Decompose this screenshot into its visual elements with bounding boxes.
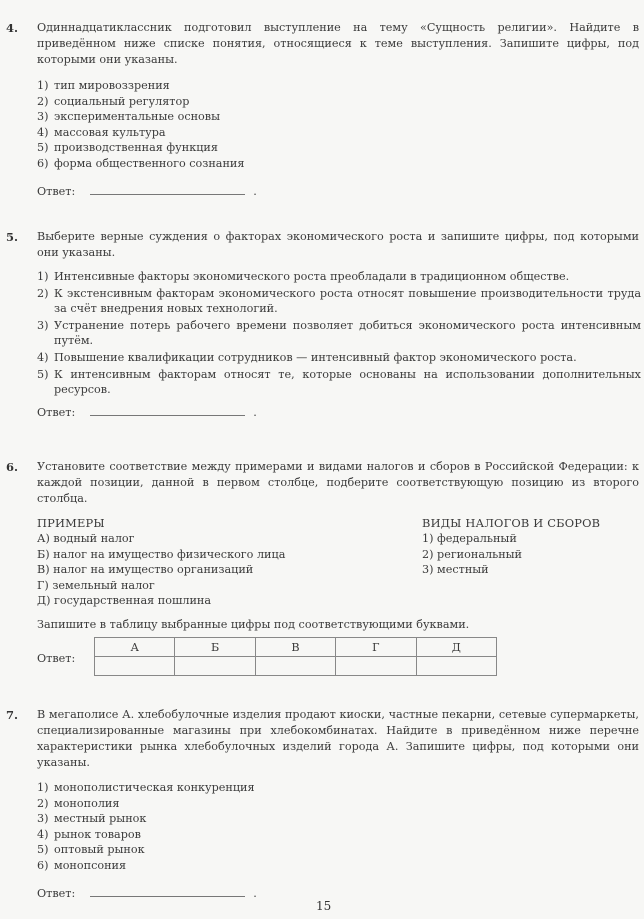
options-list: 1)монополистическая конкуренция 2)монопо… <box>37 780 641 874</box>
option-item: 4)Повышение квалификации сотрудников — и… <box>37 350 641 366</box>
task-stem: Выберите верные суждения о факторах экон… <box>37 229 639 261</box>
answer-table-header-row: А Б В Г Д <box>95 638 497 657</box>
answer-cell-a[interactable] <box>95 657 175 676</box>
option-item: 2)монополия <box>37 796 641 812</box>
answer-label: Ответ: <box>37 185 75 198</box>
answer-table-value-row <box>95 657 497 676</box>
examples-header: ПРИМЕРЫ <box>37 516 105 530</box>
option-item: 2)К экстенсивным факторам экономического… <box>37 286 641 317</box>
example-item: В) налог на имущество организаций <box>37 562 285 578</box>
column-a-header: А <box>95 638 175 657</box>
option-item: 4)массовая культура <box>37 125 641 141</box>
answer-field[interactable] <box>90 405 245 416</box>
options-list: 1)тип мировоззрения 2)социальный регулят… <box>37 78 641 172</box>
column-b-header: Б <box>175 638 255 657</box>
column-v-header: В <box>255 638 335 657</box>
page-number: 15 <box>316 899 331 913</box>
answer-cell-b[interactable] <box>175 657 255 676</box>
options-list: 1)Интенсивные факторы экономического рос… <box>37 269 641 398</box>
option-item: 1)Интенсивные факторы экономического рос… <box>37 269 641 285</box>
option-item: 5)К интенсивным факторам относят те, кот… <box>37 367 641 398</box>
option-item: 6)форма общественного сознания <box>37 156 641 172</box>
task-stem: Одиннадцатиклассник подготовил выступлен… <box>37 20 639 68</box>
answer-row: Ответ:. <box>37 886 257 900</box>
task-number: 5. <box>6 230 18 244</box>
table-instruction: Запишите в таблицу выбранные цифры под с… <box>37 617 639 633</box>
answer-field[interactable] <box>90 184 245 195</box>
example-item: Б) налог на имущество физического лица <box>37 547 285 563</box>
answer-row: Ответ:. <box>37 184 257 198</box>
option-item: 2)социальный регулятор <box>37 94 641 110</box>
option-item: 5)производственная функция <box>37 140 641 156</box>
option-item: 1)тип мировоззрения <box>37 78 641 94</box>
option-item: 4)рынок товаров <box>37 827 641 843</box>
task-stem: В мегаполисе А. хлебобулочные изделия пр… <box>37 707 639 771</box>
answer-label: Ответ: <box>37 887 75 900</box>
example-item: Д) государственная пошлина <box>37 593 285 609</box>
example-item: Г) земельный налог <box>37 578 285 594</box>
tax-type-item: 2) региональный <box>422 547 522 563</box>
task-stem: Установите соответствие между примерами … <box>37 459 639 507</box>
option-item: 3)местный рынок <box>37 811 641 827</box>
answer-field[interactable] <box>90 886 245 897</box>
answer-cell-g[interactable] <box>336 657 416 676</box>
answer-cell-d[interactable] <box>416 657 496 676</box>
option-item: 3)экспериментальные основы <box>37 109 641 125</box>
option-item: 6)монопсония <box>37 858 641 874</box>
answer-table: А Б В Г Д <box>94 637 497 676</box>
option-item: 5)оптовый рынок <box>37 842 641 858</box>
example-item: А) водный налог <box>37 531 285 547</box>
examples-list: А) водный налог Б) налог на имущество фи… <box>37 531 285 609</box>
option-item: 1)монополистическая конкуренция <box>37 780 641 796</box>
tax-type-item: 3) местный <box>422 562 522 578</box>
task-number: 4. <box>6 21 18 35</box>
answer-label: Ответ: <box>37 406 75 419</box>
exam-page: 4. Одиннадцатиклассник подготовил выступ… <box>0 0 644 919</box>
tax-types-list: 1) федеральный 2) региональный 3) местны… <box>422 531 522 578</box>
answer-label: Ответ: <box>37 652 75 665</box>
answer-row: Ответ:. <box>37 405 257 419</box>
tax-type-item: 1) федеральный <box>422 531 522 547</box>
tax-types-header: ВИДЫ НАЛОГОВ И СБОРОВ <box>422 516 600 530</box>
task-number: 6. <box>6 460 18 474</box>
option-item: 3)Устранение потерь рабочего времени поз… <box>37 318 641 349</box>
task-number: 7. <box>6 708 18 722</box>
column-d-header: Д <box>416 638 496 657</box>
answer-cell-v[interactable] <box>255 657 335 676</box>
column-g-header: Г <box>336 638 416 657</box>
